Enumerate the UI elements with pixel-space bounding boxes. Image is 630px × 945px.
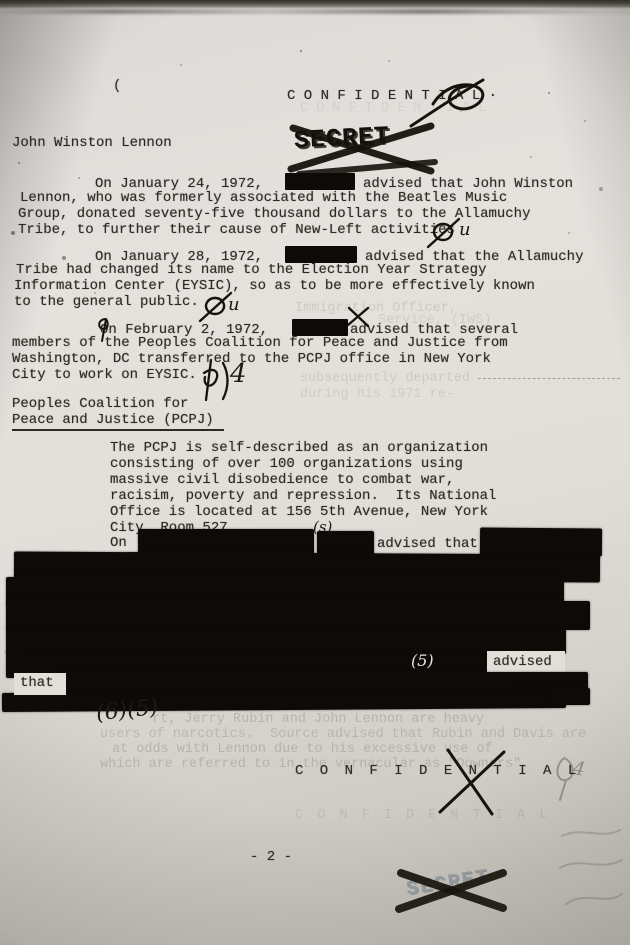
- handwritten-four: 4: [230, 359, 247, 389]
- handwritten-x-mark: [344, 305, 372, 329]
- handwritten-u: u: [459, 219, 471, 240]
- paragraph-line: Washington, DC transferred to the PCPJ o…: [12, 351, 491, 367]
- ghost-fragment: rt, Jerry Rubin and John Lennon are heav…: [152, 712, 484, 727]
- block-word-that: that: [20, 675, 54, 691]
- handwritten-five-mark: (5): [411, 651, 434, 670]
- paragraph-line: Tribe had changed its name to the Electi…: [16, 262, 486, 278]
- underlined-heading: Peace and Justice (PCPJ): [12, 412, 224, 431]
- paragraph-line: consisting of over 100 organizations usi…: [110, 456, 463, 472]
- ghost-fragment: users of narcotics. Source advised that …: [100, 727, 586, 742]
- redaction-bar: [292, 319, 348, 336]
- paragraph-line: The PCPJ is self-described as an organiz…: [110, 440, 488, 456]
- ghost-dashed-line: [478, 378, 620, 379]
- redaction-block: [546, 688, 590, 705]
- redaction-bar: [480, 527, 602, 556]
- redaction-block: [6, 601, 590, 630]
- redacted-line-advised-that: advised that: [377, 536, 478, 552]
- paragraph-line: Office is located at 156 5th Avenue, New…: [110, 504, 488, 520]
- ghost-fragment: during his 1971 re-: [300, 387, 454, 402]
- paragraph-line: members of the Peoples Coalition for Pea…: [12, 335, 508, 351]
- redacted-line-on: On: [110, 535, 127, 551]
- stamp-crossout-strokes: [393, 864, 511, 916]
- paragraph-line: racisim, poverty and repression. Its Nat…: [110, 488, 496, 504]
- paragraph-line: Information Center (EYSIC), so as to be …: [14, 278, 535, 294]
- stamp-crossout-strokes: [283, 119, 443, 179]
- block-word-advised: advised: [493, 654, 552, 670]
- handwritten-exemption-code: (6)(5): [95, 695, 160, 726]
- document-photo: C O N F I D E N T I A L Immigration Offi…: [0, 0, 630, 945]
- subject-name: John Winston Lennon: [12, 135, 172, 151]
- photo-crease: [0, 9, 630, 14]
- redaction-block: [2, 689, 566, 712]
- handwritten-u: u: [228, 294, 240, 315]
- paragraph-line: Lennon, who was formerly associated with…: [20, 190, 507, 206]
- stray-paren-mark: (: [113, 78, 121, 94]
- handwritten-paragraph-mark: [94, 315, 112, 343]
- handwritten-loop-x: [405, 74, 493, 128]
- section-heading-line: Peace and Justice (PCPJ): [12, 412, 224, 431]
- redaction-bar: [285, 246, 357, 263]
- handwritten-x-over-classification: [432, 746, 514, 818]
- redaction-bar: [285, 173, 355, 190]
- photo-top-edge: [0, 0, 630, 9]
- ghost-fragment: subsequently departed: [300, 371, 470, 386]
- page-number: - 2 -: [250, 849, 292, 865]
- pencil-scribbles: [552, 824, 628, 934]
- paragraph-line: City to work on EYSIC.: [12, 367, 197, 383]
- section-heading-line: Peoples Coalition for: [12, 396, 188, 412]
- paragraph-line: Tribe, to further their cause of New-Lef…: [18, 222, 455, 238]
- declassification-mark: [196, 358, 232, 402]
- paragraph-line: to the general public.: [14, 294, 199, 310]
- paragraph-line: massive civil disobedience to combat war…: [110, 472, 454, 488]
